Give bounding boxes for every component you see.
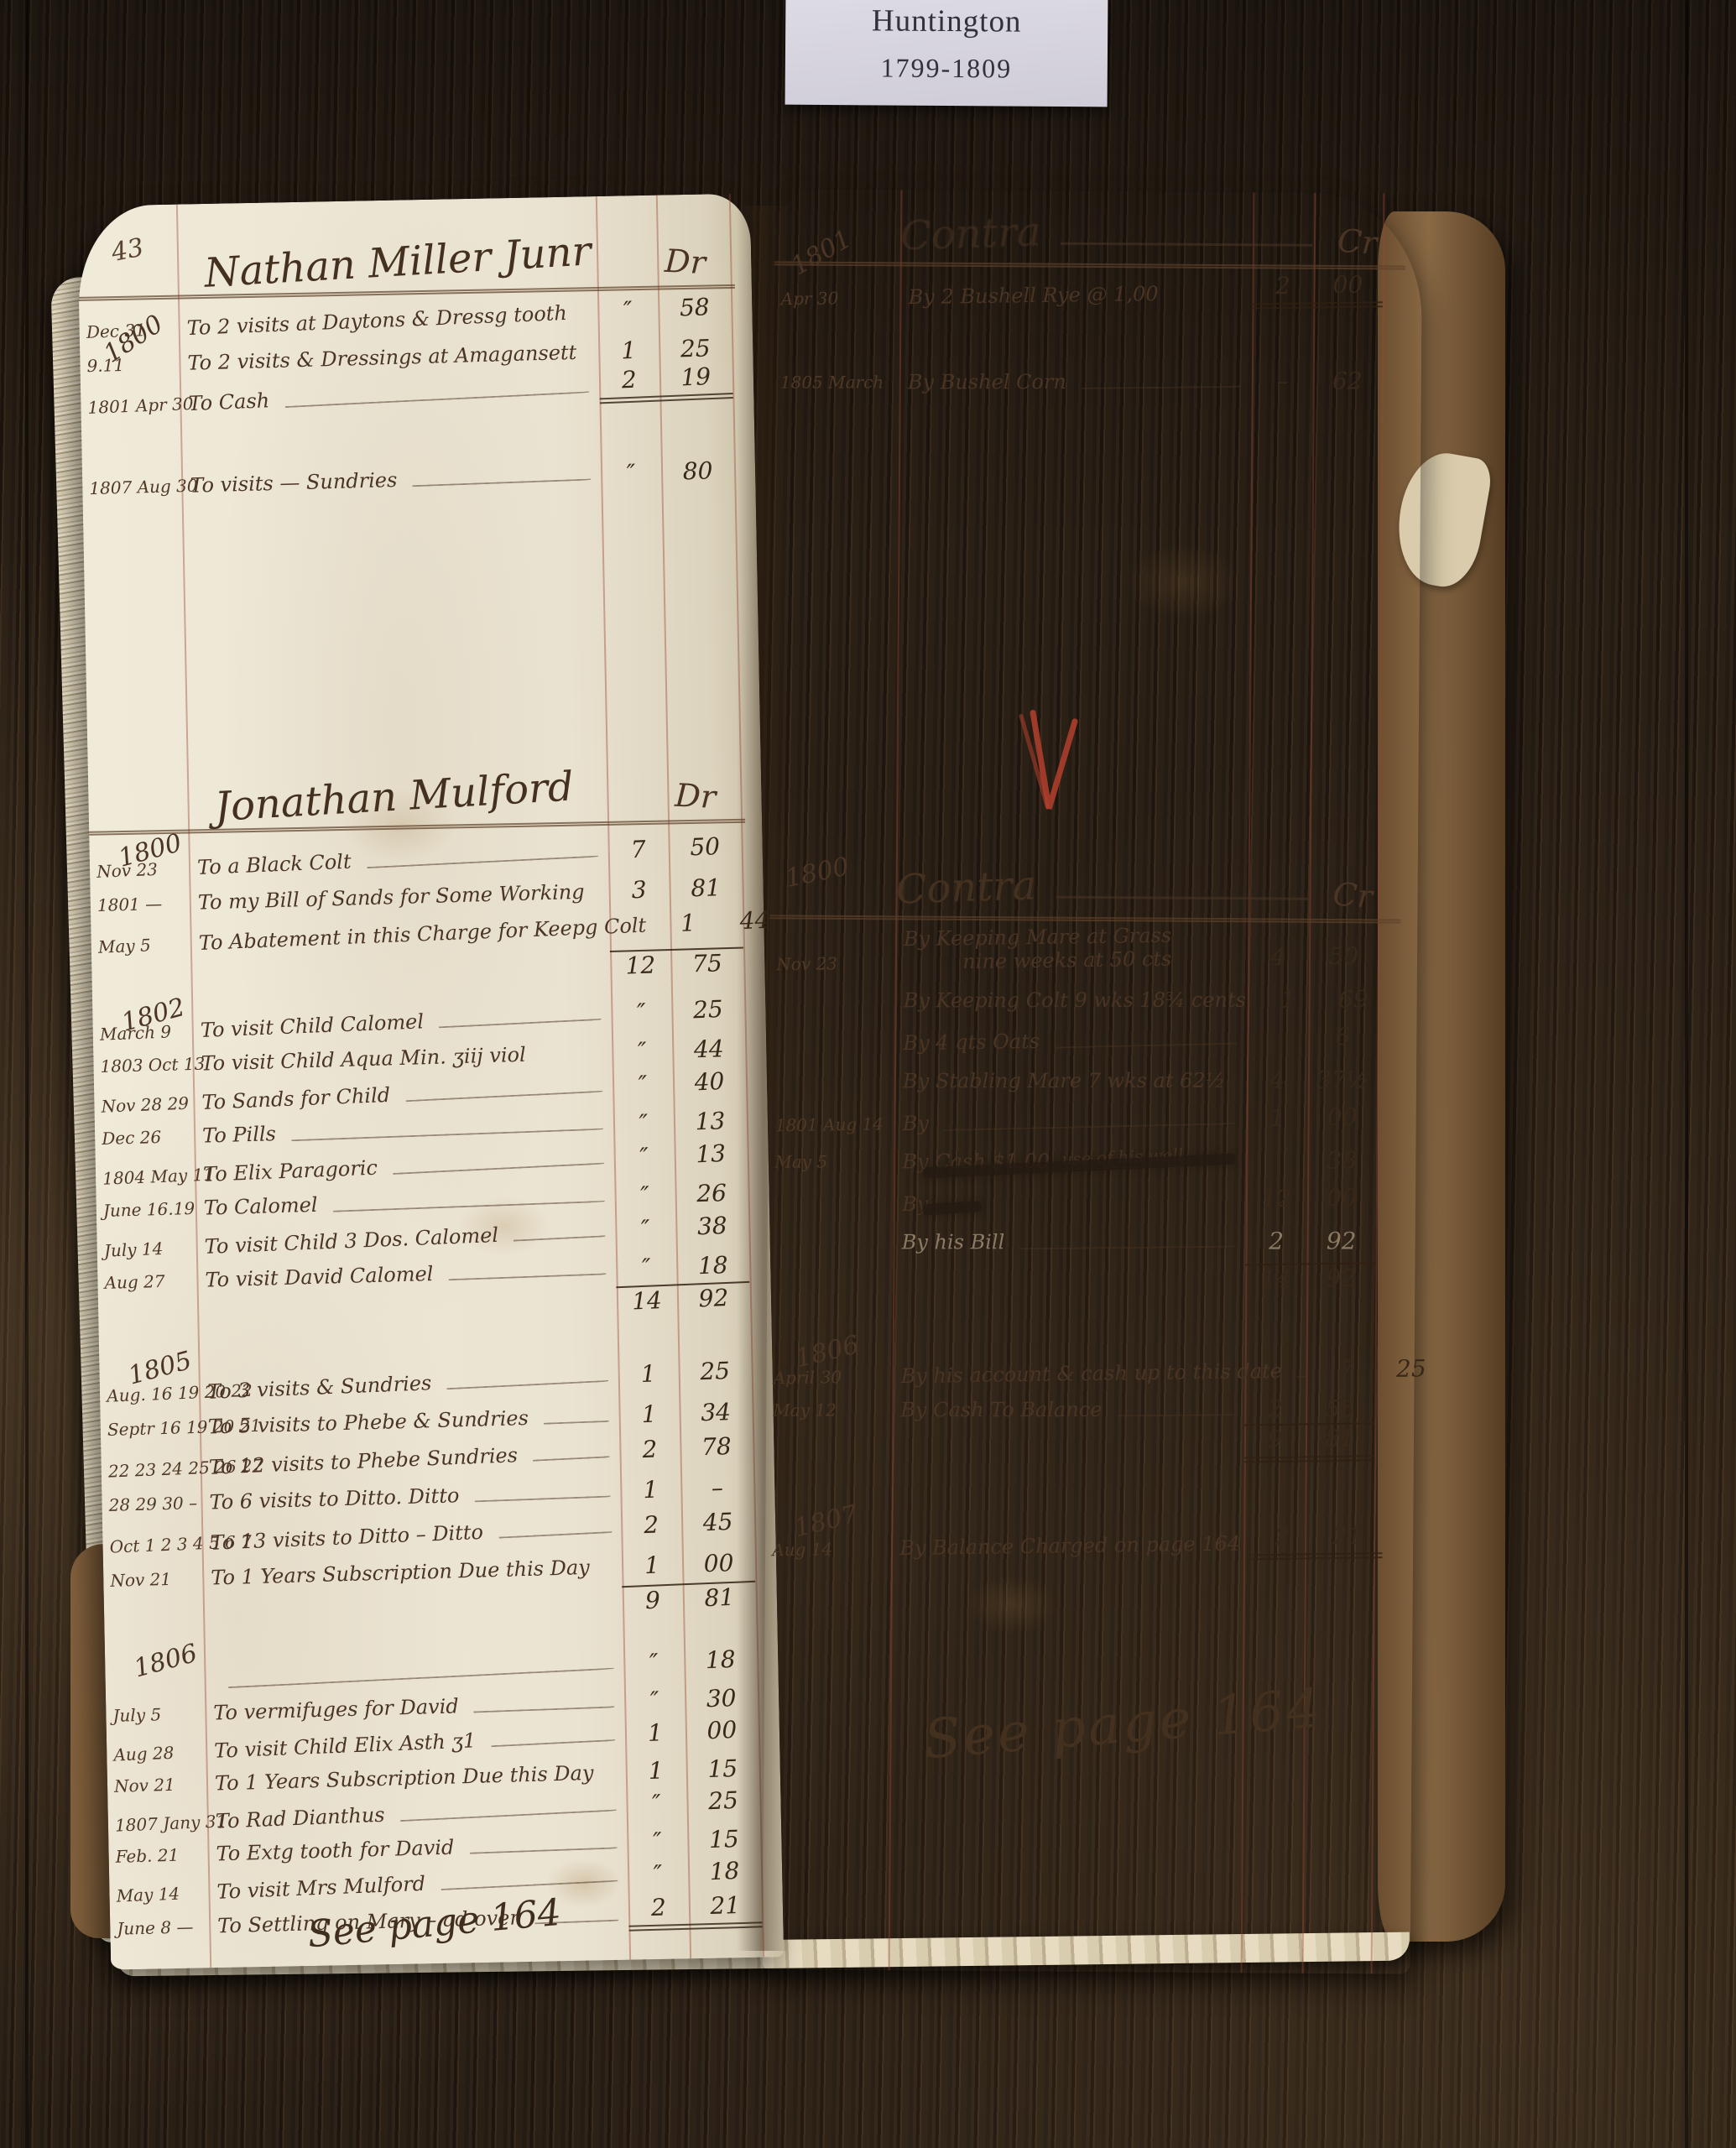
- leader-line: [904, 1462, 1244, 1468]
- entry-text: To visits — Sundries: [190, 468, 398, 498]
- entry-text: By Balance Charged on page 164: [899, 1531, 1240, 1560]
- entry-date: Nov 21: [103, 1568, 203, 1598]
- entries-contra-top: Apr 30By 2 Bushell Rye @ 1,002001805 Mar…: [774, 268, 1422, 400]
- entry-dollars: 2: [598, 365, 660, 404]
- entry-dollars: [1248, 1051, 1309, 1055]
- entry-dollars: ″: [597, 295, 659, 329]
- entry-description: To visits — Sundries: [181, 468, 401, 503]
- entry-date: Apr 30: [774, 287, 900, 315]
- entry-date: 1801 —: [91, 893, 190, 922]
- leader-line: [1297, 1375, 1306, 1377]
- entry-dollars: 12: [610, 949, 671, 983]
- entry-dollars: 12: [1246, 1184, 1308, 1216]
- margin-year: 1800: [783, 852, 852, 894]
- entry-date: [99, 1329, 198, 1340]
- credit-label: Cr: [1332, 875, 1374, 915]
- entry-dollars: 9: [1244, 1423, 1306, 1462]
- entry-text: To Sands for Child: [201, 1083, 391, 1114]
- entry-description: By his account & cash up to this date: [892, 1359, 1285, 1394]
- leader-line: [439, 1019, 602, 1028]
- leader-line: [571, 328, 599, 329]
- leader-line: [533, 1456, 610, 1461]
- entry-cents: 00: [1307, 1183, 1377, 1215]
- entry-dollars: 9: [622, 1583, 684, 1619]
- entry-date: 1803 Oct 13: [93, 1054, 193, 1083]
- entry-description: By: [894, 1192, 932, 1222]
- entry-date: Dec 26: [95, 1126, 195, 1155]
- account-name: Jonathan Mulford: [213, 763, 575, 831]
- entry-date: Nov 21: [107, 1774, 207, 1803]
- entry-text: To Extg tooth for David: [216, 1836, 454, 1866]
- leader-line: [203, 983, 611, 995]
- entry-dollars: 7: [1316, 1355, 1378, 1387]
- entry-cents: 92: [1307, 1227, 1376, 1258]
- entry-text: To Rad Dianthus: [215, 1803, 385, 1833]
- entry-description: By his Bill: [894, 1230, 1009, 1259]
- ledger-row: By1200: [768, 1174, 1416, 1223]
- leader-line: [1117, 1414, 1234, 1416]
- entry-dollars: ″: [626, 1788, 687, 1822]
- entry-cents: 81: [1306, 1422, 1375, 1462]
- entry-cents: 37½: [1308, 1066, 1377, 1097]
- leader-line: [449, 1273, 607, 1280]
- entry-dollars: 2: [1244, 1395, 1306, 1426]
- leader-line: [210, 1319, 618, 1336]
- entry-text: By Stabling Mare 7 wks at 62½: [903, 1069, 1225, 1093]
- entry-description: [198, 1331, 210, 1337]
- entries-contra-1800: Nov 23By Keeping Mare at Grassnine weeks…: [767, 922, 1417, 1301]
- leader-line: [474, 1706, 615, 1713]
- ledger-row: 1801 Aug 14By100: [768, 1093, 1416, 1143]
- entry-text: By 2 Bushell Rye @ 1,00: [908, 282, 1158, 309]
- entry-description: [892, 1462, 904, 1468]
- leader-line: [1162, 309, 1253, 310]
- leader-line: [544, 1421, 609, 1425]
- entry-description: [894, 1296, 905, 1301]
- entry-dollars: 2: [1246, 1228, 1307, 1259]
- paper-stain: [966, 1575, 1058, 1634]
- leader-line: [1019, 1246, 1235, 1250]
- entry-text: To visit Child Aqua Min. ʒiij viol: [201, 1043, 526, 1076]
- entry-dollars: 1: [1247, 1103, 1309, 1135]
- entry-description: By: [894, 1112, 933, 1141]
- entries-1800: 1800 Nov 23To a Black Colt7501801 —To my…: [89, 831, 764, 994]
- entries-1806: 1806 ″18July 5To vermifuges for David″30…: [105, 1641, 783, 1942]
- header-dash: [1061, 242, 1311, 247]
- entry-description: To Cash: [180, 388, 274, 420]
- entry-description: [191, 990, 203, 995]
- account-name: Nathan Miller Junr: [203, 227, 592, 296]
- paper-stain: [1124, 544, 1243, 620]
- entry-cents: 50: [668, 832, 742, 865]
- entry-dollars: 14: [1245, 1263, 1307, 1296]
- entry-text: To 6 visits to Ditto. Ditto: [209, 1483, 459, 1514]
- leader-line: [905, 1296, 1246, 1301]
- entries-1805: 1805 Aug. 16 19 20 22To 3 visits & Sundr…: [99, 1348, 777, 1632]
- entry-text: To a Black Colt: [197, 850, 352, 879]
- credit-label: Cr: [1336, 222, 1378, 261]
- entries-nathan-miller: Dec 31To 2 visits at Daytons & Dressg to…: [79, 291, 755, 502]
- entry-cents: 00: [1307, 1103, 1377, 1134]
- entry-text: To Elix Paragoric: [203, 1156, 378, 1186]
- entry-description: By Keeping Colt 9 wks 18¾ cents: [895, 988, 1249, 1018]
- leader-line: [447, 1380, 609, 1389]
- leader-line: [333, 1201, 605, 1212]
- leader-line: [405, 1091, 602, 1102]
- entry-dollars: ″: [613, 1141, 675, 1175]
- entry-date: 1805 March: [774, 372, 899, 399]
- entry-dollars: ″: [627, 1859, 688, 1892]
- entry-description: By Stabling Mare 7 wks at 62½: [894, 1069, 1228, 1098]
- entry-date: [105, 1629, 204, 1640]
- entry-text: By: [902, 1192, 929, 1216]
- ledger-row: 981: [766, 1422, 1415, 1470]
- entry-description: By Bushel Corn: [899, 370, 1070, 399]
- entry-cents: 92: [1306, 1262, 1376, 1296]
- entry-text: To visit Child Calomel: [200, 1009, 424, 1042]
- entry-dollars: 2: [619, 1434, 680, 1468]
- ledger-row: By Keeping Colt 9 wks 18¾ cents169: [769, 976, 1417, 1017]
- wood-plank-seam: [1685, 0, 1688, 2148]
- entry-text: To Pills: [202, 1122, 276, 1147]
- entry-cents: 21: [1313, 1521, 1383, 1559]
- entry-text-line2: nine weeks at 50 cts: [904, 947, 1172, 974]
- label-years: 1799-1809: [785, 52, 1108, 86]
- entry-description: By 4 qts Oats: [894, 1030, 1043, 1060]
- leader-line: [412, 478, 591, 487]
- entry-dollars: 1: [1258, 986, 1319, 1017]
- entry-date: June 16.19: [96, 1198, 196, 1228]
- ledger-row: Nov 23By Keeping Mare at Grassnine weeks…: [769, 920, 1418, 982]
- leader-line: [1176, 974, 1249, 975]
- entry-date: Feb. 21: [108, 1844, 208, 1874]
- entry-text: By 4 qts Oats: [903, 1030, 1040, 1055]
- entry-cents: 25: [671, 994, 745, 1028]
- entry-dollars: ″: [611, 997, 672, 1030]
- entry-text: To visit David Calomel: [205, 1262, 434, 1292]
- leader-line: [1055, 1043, 1237, 1049]
- entry-text: By Cash $1,00: [902, 1150, 1050, 1173]
- entry-text: By Keeping Colt 9 wks 18¾ cents: [904, 988, 1246, 1013]
- entry-dollars: 1: [624, 1718, 686, 1751]
- entry-text: By Bushel Corn: [908, 370, 1066, 394]
- entry-description: To Calomel: [195, 1193, 321, 1225]
- debit-label: Dr: [665, 242, 707, 281]
- account-name: Contra: [899, 208, 1041, 259]
- entry-text: By his account & cash up to this date: [900, 1359, 1282, 1388]
- ledger-row: Aug 14By Balance Charged on page 164221: [765, 1518, 1414, 1567]
- leader-line: [514, 1235, 605, 1241]
- entry-cents: 40: [672, 1066, 746, 1100]
- leader-line: [441, 1880, 618, 1890]
- entry-text: By his Bill: [902, 1230, 1005, 1254]
- entries-contra-1807: 1807 Aug 14By Balance Charged on page 16…: [765, 1513, 1413, 1564]
- header-dash: [1056, 896, 1307, 900]
- entry-dollars: 2: [1252, 1522, 1314, 1560]
- entry-text: To visit Child Elix Asth ʒ1: [214, 1728, 477, 1763]
- entry-cents: 75: [670, 947, 744, 982]
- entry-dollars: ″: [623, 1647, 685, 1681]
- book-spine-shadow: [737, 206, 790, 1951]
- ledger-row: By Stabling Mare 7 wks at 62½437½: [769, 1056, 1416, 1097]
- leader-line: [367, 856, 598, 869]
- entry-description: To Pills: [194, 1122, 280, 1153]
- entries-contra-1806: 1806 April 30By his account & cash up to…: [766, 1343, 1415, 1467]
- entry-cents: 6: [1308, 1022, 1378, 1054]
- ledger-row: By 4 qts Oats6: [769, 1013, 1417, 1062]
- entry-text: To Calomel: [203, 1193, 317, 1220]
- entry-description: By Cash $1,00use of his well: [894, 1150, 1186, 1179]
- ledger-row: 1807 Aug 30To visits — Sundries″80: [82, 449, 756, 505]
- entries-1802: 1802 March 9To visit Child Calomel″25180…: [92, 995, 771, 1332]
- entry-text: To vermifuges for David: [213, 1694, 459, 1724]
- entry-dollars: 7: [607, 834, 669, 868]
- entry-text: To 3 visits & Sundries: [207, 1371, 432, 1404]
- ledger-row: Apr 30By 2 Bushell Rye @ 1,00200: [774, 267, 1422, 316]
- entry-cents: 50: [1309, 941, 1379, 973]
- entry-cents: 19: [659, 362, 733, 401]
- entry-cents: 38: [1307, 1146, 1376, 1177]
- ledger-row: May 12By Cash To Balance256: [766, 1389, 1414, 1426]
- ledger-row: May 5By Cash $1,00use of his well38: [768, 1137, 1415, 1178]
- ledger-left-page: 43 1800 Nathan Miller Junr Dr Dec 31To 2…: [77, 193, 784, 1969]
- entry-dollars: 2: [1252, 271, 1314, 309]
- leader-line: [216, 1619, 623, 1635]
- entry-description: By Keeping Mare at Grassnine weeks at 50…: [895, 924, 1176, 980]
- entry-dollars: 2: [628, 1893, 689, 1932]
- entry-cents: 80: [661, 456, 735, 489]
- entry-description: By Cash To Balance: [892, 1398, 1105, 1426]
- entry-cents: 58: [658, 292, 732, 326]
- entry-dollars: ″: [612, 1069, 673, 1103]
- ledger-right-page: 1801 Contra Cr Apr 30By 2 Bushell Rye @ …: [763, 189, 1423, 1973]
- entry-cents: 56: [1306, 1395, 1374, 1426]
- entry-date: Septr 16 19 20 21: [101, 1417, 201, 1447]
- debit-label: Dr: [675, 777, 717, 816]
- entry-description: By 2 Bushell Rye @ 1,00: [899, 282, 1161, 314]
- leader-line: [284, 391, 589, 408]
- entry-dollars: 1: [657, 908, 718, 941]
- ledger-row: 1492: [767, 1254, 1415, 1304]
- entry-text: By: [903, 1112, 930, 1135]
- entry-dollars: 1: [618, 1358, 679, 1392]
- leader-line: [291, 1129, 603, 1142]
- account-header-contra-main: 1800 Contra Cr: [769, 863, 1400, 923]
- entry-text: To 13 visits to Ditto – Ditto: [210, 1520, 483, 1555]
- entry-cents: 00: [1313, 270, 1383, 308]
- entry-date: July 5: [106, 1703, 206, 1733]
- account-header-jonathan-mulford: Jonathan Mulford Dr: [88, 767, 745, 836]
- leader-line: [474, 1495, 610, 1502]
- photo-of-ledger: { "card": { "title": "Huntington", "year…: [0, 0, 1736, 2148]
- archive-label-card: Huntington 1799-1809: [785, 0, 1108, 107]
- entry-date: 1807 Aug 30: [82, 476, 182, 505]
- leader-line: [491, 1739, 615, 1747]
- entry-dollars: 14: [616, 1284, 678, 1319]
- entry-date: Aug 27: [97, 1270, 197, 1300]
- entry-date: 28 29 30 –: [102, 1493, 201, 1522]
- entry-text: To Cash: [188, 388, 270, 415]
- entry-text: By Keeping Mare at Grass: [904, 924, 1172, 951]
- leader-line: [469, 1847, 617, 1853]
- entry-dollars: ″: [601, 458, 662, 491]
- ledger-row: By his Bill292: [768, 1217, 1415, 1259]
- leader-line: [393, 1163, 604, 1175]
- entry-text: To 5 visits to Phebe & Sundries: [207, 1406, 529, 1439]
- entry-description: By Balance Charged on page 164: [891, 1531, 1243, 1565]
- red-check-mark: [1015, 709, 1080, 814]
- entry-text: By Cash To Balance: [900, 1398, 1102, 1421]
- see-page-note: See page 164: [921, 1677, 1325, 1771]
- entry-dollars: ″: [615, 1213, 676, 1247]
- leader-line: [1082, 386, 1242, 389]
- entry-text: To visit Mrs Mulford: [216, 1872, 426, 1904]
- entry-cents: 25: [1377, 1354, 1447, 1386]
- entry-description: [204, 1630, 216, 1636]
- entry-dollars: 4: [1248, 942, 1310, 974]
- entry-note: use of his well: [1061, 1144, 1184, 1170]
- leader-line: [498, 1531, 611, 1539]
- entry-date: 9.11: [80, 353, 180, 383]
- entry-cents: 62: [1313, 367, 1382, 398]
- account-name: Contra: [895, 862, 1037, 913]
- entry-date: 1801 Apr 30: [81, 394, 180, 425]
- label-title: Huntington: [785, 3, 1108, 41]
- entry-dollars: –: [1252, 368, 1313, 399]
- wood-plank-seam: [25, 0, 29, 2148]
- entry-dollars: 4: [1247, 1066, 1308, 1097]
- entry-cents: 69: [1319, 985, 1388, 1016]
- entry-date: June 8 —: [110, 1916, 210, 1946]
- ledger-row: 1805 MarchBy Bushel Corn–62: [774, 357, 1421, 399]
- entry-dollars: 2: [621, 1509, 682, 1543]
- account-header-contra-top: 1801 Contra Cr: [774, 209, 1405, 269]
- leader-line: [400, 1809, 617, 1822]
- ledger-row: April 30By his account & cash up to this…: [766, 1350, 1415, 1395]
- leader-line: [944, 1123, 1237, 1131]
